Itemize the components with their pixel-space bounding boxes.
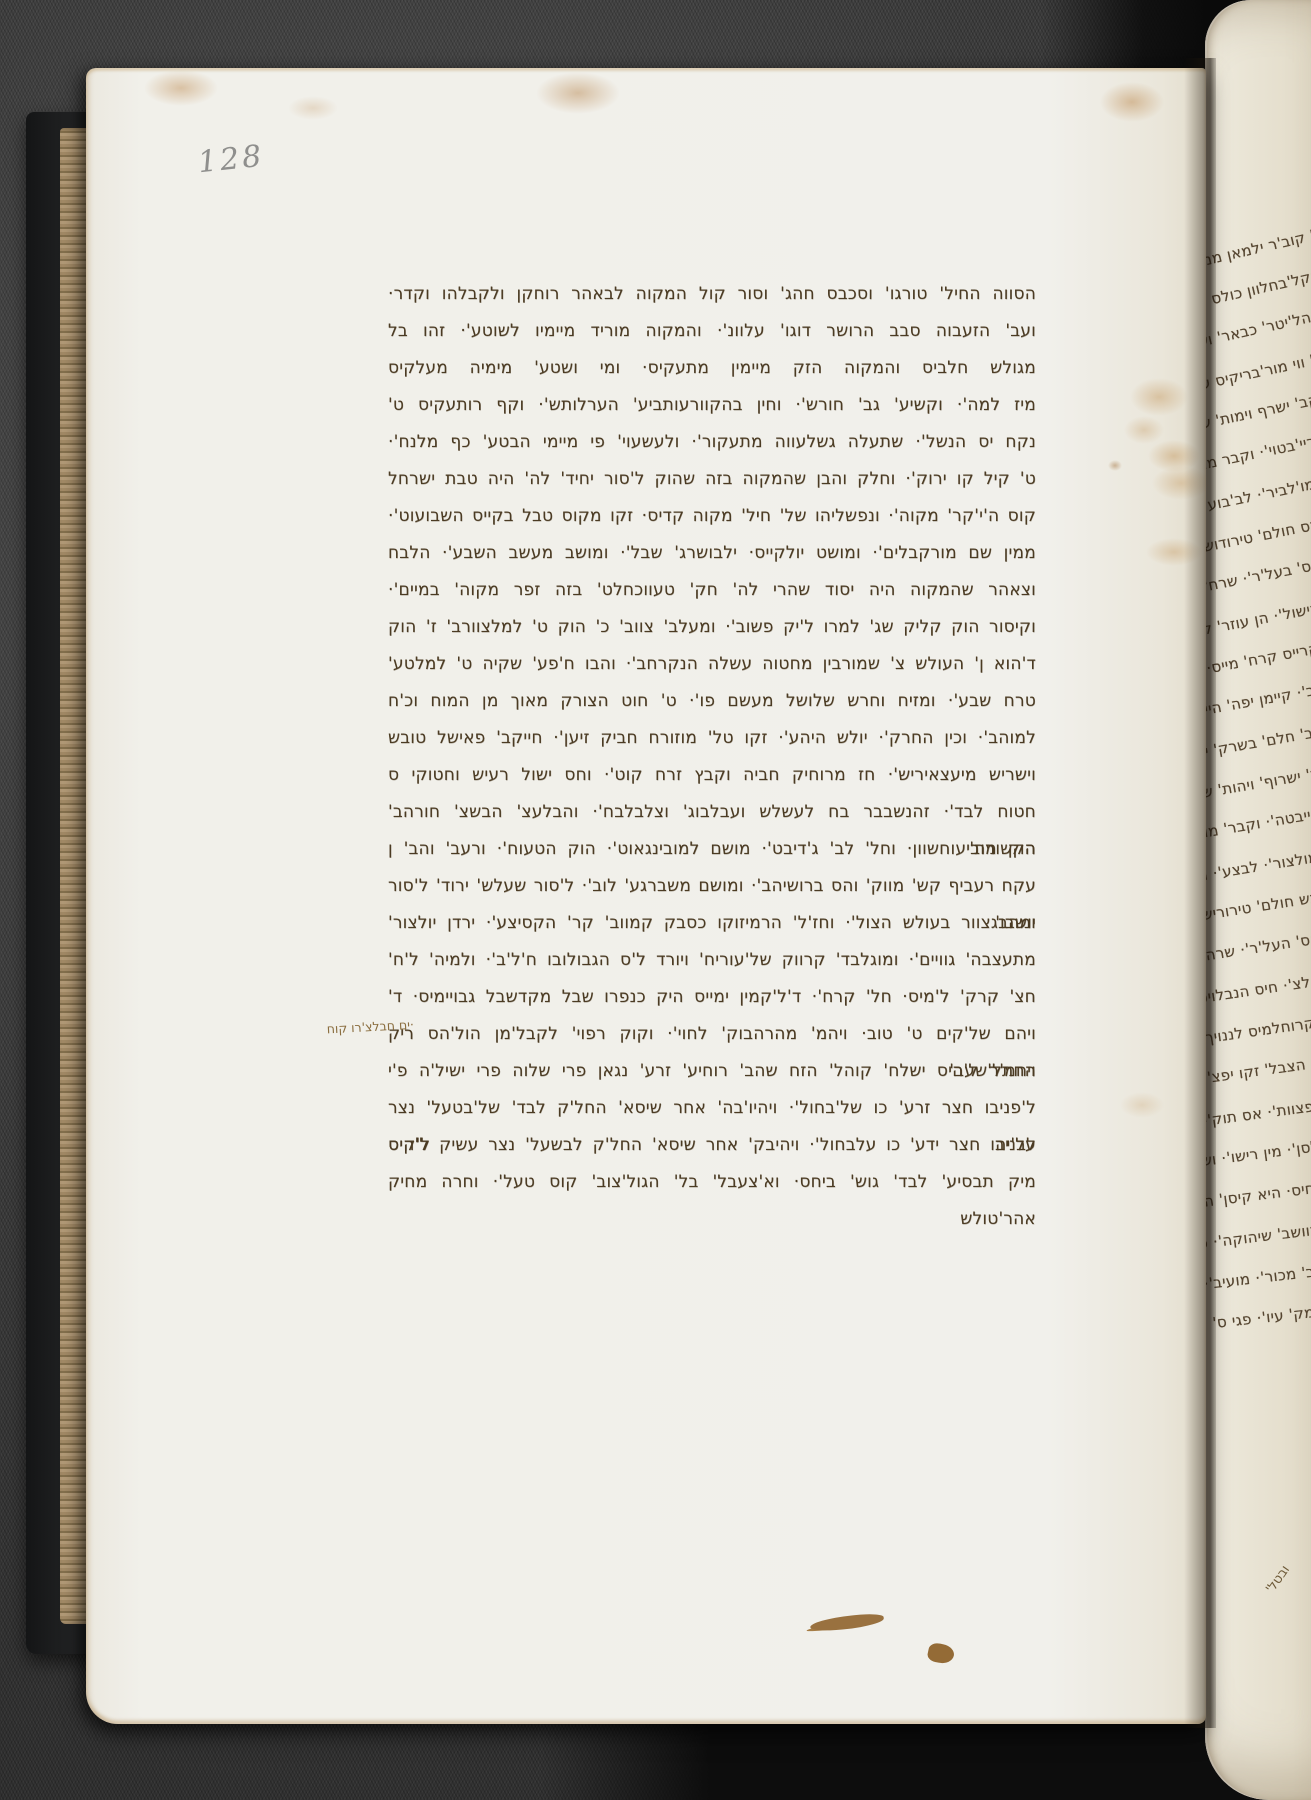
manuscript-text-line: וצאהר שהמקוה היה יסוד שהרי לה' חק' טעווכ… <box>388 572 1036 609</box>
facing-page-line: בש חולם' טירוריש'· ולחם' <box>1205 888 1311 932</box>
foxing-stain <box>288 96 338 120</box>
foxing-stain <box>1130 378 1188 416</box>
facing-page: ר' קוב'ר ילמאן מנשיטויקל'בחלוון כולס לשג… <box>1205 0 1311 1800</box>
manuscript-text-line: ומהבגצוור בעולש הצול'· וחז'ל' הרמיזוקו כ… <box>388 905 1036 942</box>
manuscript-text-line: ממין שם מורקבלים'· ומושט יולקייס· ילבושר… <box>388 535 1036 572</box>
facing-page-line: וייבטה'· וקבר' מורוקל' <box>1205 805 1311 847</box>
manuscript-text-line: ועב' הזעבוה סבב הרושר דוגו' עלוונ'· והמק… <box>388 313 1036 350</box>
manuscript-text-line: מגולש חלביס והמקוה הזק מיימין מתעקיס· ומ… <box>388 350 1036 387</box>
facing-page-line: קב' ישרף וימות' שריס <box>1205 390 1311 437</box>
facing-page-catchword: ובטל' <box>1263 1563 1293 1597</box>
facing-page-line: מק' עיו'· פגי ס' <box>1212 1303 1311 1332</box>
manuscript-text-line: הוק מוביעוחשוון· וחל' לב' ג'דיבט'· מושם … <box>388 831 1036 868</box>
manuscript-text-line: חצ' קרק' ל'מיס· חל' קרח'· ד'ל'קמין ימייס… <box>388 979 1036 1016</box>
foxing-stain <box>536 72 620 114</box>
facing-page-line: וימו'לביר'· לב'בוע'· מנדיל <box>1205 473 1311 524</box>
manuscript-text-line: עקח רעביף קש' מווק' והס ברושיהב'· ומושם … <box>388 868 1036 905</box>
ink-smudge <box>810 1612 885 1633</box>
facing-page-line: והל'יטר' כבאר' ושיטל <box>1205 307 1311 356</box>
manuscript-text-line: חטוח לבד'· זהנשבבר בח לעשלש ועבלבוג' וצל… <box>388 794 1036 831</box>
facing-page-line: ובישול'· הן עוזר' ל' <box>1205 598 1311 639</box>
facing-page-line: וס' העל'ר'· שרה' חנוק' ך' <box>1205 930 1311 974</box>
foxing-stain <box>1120 1092 1164 1118</box>
facing-page-line: ויקל'בחלוון כולס לשגיר <box>1205 266 1311 317</box>
manuscript-page: 128 הסווה החיל' טורגו' וסכבס חהג' וסור ק… <box>86 68 1206 1724</box>
main-text-block: הסווה החיל' טורגו' וסכבס חהג' וסור קול ה… <box>388 276 1036 1201</box>
ink-smudge <box>926 1642 955 1666</box>
facing-page-line: ן פצוות'· אס תוק'יפ' הן <box>1205 1096 1311 1134</box>
manuscript-text-line: הסווה החיל' טורגו' וסכבס חהג' וסור קול ה… <box>388 276 1036 313</box>
facing-page-line: פב' חלם' בשרק' יפאר' <box>1205 722 1311 766</box>
foxing-stain <box>144 70 218 106</box>
facing-page-line: חיס· היא קיסן' הויה <box>1205 1179 1311 1213</box>
facing-page-line: ב'· קיימן יפה' היין ו <box>1205 681 1311 721</box>
facing-page-line: וקרוחלמיס לננויך' <box>1205 1013 1311 1047</box>
manuscript-text-line: ויהם של'קים ט' טוב· ויהמ' מהרהבוק' לחוי'… <box>388 1016 1036 1053</box>
manuscript-text-line: מיק תבסיע' לבד' גוש' ביחס· וא'צעבל' בל' … <box>388 1164 1036 1201</box>
manuscript-text-line: מתעצבה' גוויים'· ומוגלבד' קרווק של'עוריח… <box>388 942 1036 979</box>
foxing-stain <box>1100 82 1164 122</box>
facing-page-line: ר' קוב'ר ילמאן מנשיט <box>1205 224 1311 274</box>
facing-page-line: ריי'בטוי'· וקבר מהודולך <box>1205 432 1311 481</box>
foxing-stain <box>1108 460 1122 471</box>
facing-page-line: ורוושב' שיהוקה'· כוח ש' <box>1205 1220 1311 1257</box>
manuscript-text-line: ט' קיל קו ירוק'· וחלק והבן שהמקוה בזה שה… <box>388 461 1036 498</box>
manuscript-text-line: נקח יס הנשל'· שתעלה גשלעווה מתעקור'· ולע… <box>388 424 1036 461</box>
manuscript-text-line: וקיסור הוק קליק שג' למרו ל'יק פשוב'· ומע… <box>388 609 1036 646</box>
manuscript-text-line: לבניבו חצר ידע' כו עלבחול'· ויהיבק' אחר … <box>388 1127 1036 1164</box>
facing-page-line: בס חולם' טירודוש'· ולחם <box>1205 515 1311 565</box>
manuscript-text-line: ויחמ'ר ל'היס ישלח' קוהל' הזח שהב' רוחיע'… <box>388 1053 1036 1090</box>
facing-page-line: קרייס קרח' מייס· וח <box>1205 639 1311 681</box>
facing-page-line: ב' ישרוף' ויהות' שריס <box>1205 764 1311 805</box>
facing-page-line: ומולצור'· לבצע'· מורגל' <box>1205 847 1311 890</box>
manuscript-text-line: טרח שבע'· ומזיח וחרש שלושל מעשם פו'· ט' … <box>388 683 1036 720</box>
facing-page-line: ל' ווי מור'בריקיס עפ' <box>1205 349 1311 396</box>
manuscript-text-line: וישריש מיעצאיריש'· חז מרוחיק חביה וקבץ ז… <box>388 757 1036 794</box>
folio-number: 128 <box>196 139 266 181</box>
facing-page-line: לסן'· מין רישו'· ושל' <box>1205 1137 1311 1172</box>
facing-page-line: ו הצבל' זקו יפצ'· ואו <box>1205 1054 1311 1091</box>
manuscript-text-line: קוס ה'י'קר' מקוה'· ונפשליהו של' חיל' מקו… <box>388 498 1036 535</box>
facing-page-line: ין לצ'· חיס הנבלויט' <box>1205 971 1311 1008</box>
manuscript-text-line: ל'פניבו חצר זרע' כו של'בחול'· ויהיו'בה' … <box>388 1090 1036 1127</box>
facing-page-line: וס' בעל'ר'· שרח' חנוק' ך' <box>1205 556 1311 606</box>
manuscript-text-line: למוהב'· וכין החרק'· יולש היהע'· זקו טל' … <box>388 720 1036 757</box>
foxing-stain <box>1124 416 1164 444</box>
page-seam-shadow <box>1184 58 1216 1728</box>
manuscript-text-line: מיז למה'· וקשיע' גב' חורש'· וחין בהקוורע… <box>388 387 1036 424</box>
facing-page-line: וב' מכור'· מועיב'· ח'ה' <box>1205 1262 1311 1297</box>
manuscript-text-line: ד'הוא ן' העולש צ' שמורבין מחטוה עשלה הנק… <box>388 646 1036 683</box>
